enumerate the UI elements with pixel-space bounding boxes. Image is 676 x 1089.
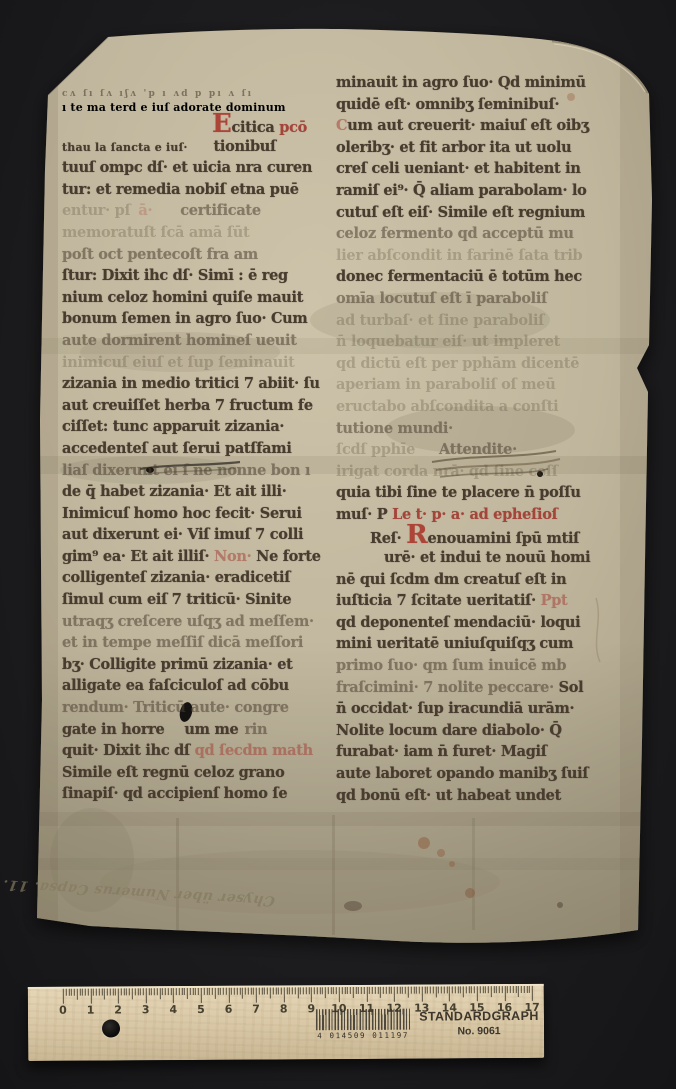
manuscript-line: Nolite locum dare diabolo· Q̄ (336, 720, 628, 742)
manuscript-line: aute dormirent homineſ ueuit (62, 330, 336, 352)
manuscript-line: celoz fermento qd acceptū mu (336, 223, 628, 245)
ink-text: Reſ· (370, 530, 406, 547)
ruler-tick (449, 986, 450, 1001)
stain (344, 901, 362, 911)
ruler-tick (391, 987, 392, 994)
ruler-tick (452, 986, 453, 993)
manuscript-line: n̄ occidat· ſup iracundiā urām· (336, 698, 628, 720)
ruler-tick (184, 988, 185, 995)
ruler-tick (457, 986, 458, 993)
ruler-tick (317, 987, 318, 994)
ruler-tick (137, 988, 138, 995)
ruler-tick (88, 989, 89, 996)
ruler-tick (405, 987, 406, 994)
ruler-tick (366, 987, 367, 1002)
ruler-tick (66, 989, 67, 996)
ruler-tick (488, 986, 489, 993)
ruler-tick (372, 987, 373, 994)
ruler-tick (195, 988, 196, 995)
barcode-digits: 4 014509 011197 (316, 1031, 410, 1041)
ruler-number: 6 (225, 1003, 233, 1016)
ink-text: tur: et remedia nobiſ etna puē (62, 181, 299, 198)
ruler-tick (148, 988, 149, 995)
ink-text: Nolite locum dare diabolo· Q̄ (336, 722, 562, 739)
ruler-tick (250, 988, 251, 995)
ink-text: n̄ occidat· ſup iracundiā urām· (336, 700, 574, 717)
ruler-tick (394, 987, 395, 1002)
ink-text: colligenteſ zizania· eradicetiſ (62, 569, 290, 586)
ruler-tick (319, 987, 320, 994)
ink-text: memoratuſt ſcā amā ſūt (62, 224, 249, 241)
manuscript-line: Reſ· Renouamini ſpū mtiſ (336, 525, 628, 547)
manuscript-line: aute laboret opando manibʒ ſuiſ (336, 763, 628, 785)
manuscript-line: fraſcimini· 7 nolite peccare· Sol (336, 677, 628, 699)
ruler-number: 5 (197, 1003, 205, 1016)
ruler-tick (388, 987, 389, 994)
ink-text: utraqʒ creſcere uſqʒ ad meſſem· (62, 613, 314, 630)
ruler-tick (480, 986, 481, 993)
manuscript-line: ciſſet: tunc apparuit zizania· (62, 416, 336, 438)
ink-text: ſcdſ pphīe (336, 441, 415, 458)
ruler-tick (314, 987, 315, 994)
ink-text: inimicuſ eiuſ et ſup ſeminauit (62, 354, 295, 371)
manuscript-line: quit· Dixit ihc dſ qd ſecdm math (62, 740, 336, 762)
ruler-tick (82, 989, 83, 996)
ink-text: ciſſet: tunc apparuit zizania· (62, 418, 284, 435)
ruler-tick (96, 989, 97, 996)
manuscript-line: ad turbaſ· et ſine paraboliſ (336, 310, 628, 332)
ruler-tick (135, 988, 136, 995)
photo-background: cʌ ſı ſʌ ıʃʌ 'p ı ʌd p pı ʌ ſıı te ma te… (0, 0, 676, 1089)
ink-text: tutione mundi· (336, 420, 453, 437)
ruler-tick (383, 987, 384, 994)
manuscript-line: Simile eſt regnū celoz grano (62, 762, 336, 784)
manuscript-column-left: cʌ ſı ſʌ ıʃʌ 'p ı ʌd p pı ʌ ſıı te ma te… (62, 84, 336, 805)
rubric-text: Ppt (541, 592, 568, 609)
ruler-tick (121, 988, 122, 995)
ink-text: creſ celi ueniant· et habitent in (336, 160, 581, 177)
model-label: No. 9061 (416, 1025, 542, 1038)
manuscript-line: qd dictū eſt per pphām dicentē (336, 353, 628, 375)
manuscript-line: aut creuiſſet herba 7 fructum fe (62, 395, 336, 417)
ruler-number: 1 (87, 1004, 95, 1017)
ink-text: quia tibi ſine te placere n̄ poſſu (336, 484, 581, 501)
ink-text: aut dixerunt ei· Viſ imuſ 7 colli (62, 526, 303, 543)
ruler-tick (245, 988, 246, 995)
ruler-tick (284, 987, 285, 1002)
ruler-tick (355, 987, 356, 994)
manuscript-line: lier abſcondit in farinē ſata trib (336, 245, 628, 267)
ink-text: omīa locutuſ eſt ī paraboliſ (336, 290, 547, 307)
ruler-tick (308, 987, 309, 994)
manuscript-line: n̄ loquebatur eiſ· ut impleret (336, 331, 628, 353)
ruler-tick (339, 987, 340, 1002)
ruler-number: 8 (280, 1002, 288, 1015)
ruler-tick (79, 989, 80, 996)
manuscript-line: qd deponenteſ mendaciū· loqui (336, 612, 628, 634)
manuscript-column-right: minauit in agro ſuo· Qd minimūquidē eſt·… (336, 72, 628, 806)
ink-text: nē qui ſcdm dm creatuſ eſt in (336, 571, 566, 588)
manuscript-line: qd bonū eſt· ut habeat undet (336, 785, 628, 807)
ruler-tick (85, 989, 86, 996)
ruler-hole (102, 1019, 120, 1037)
rubric-text: Non· (214, 548, 256, 565)
ink-text: zizania in medio tritici 7 abiit· ſu (62, 375, 320, 392)
ruler-tick (154, 988, 155, 995)
manuscript-line: accedenteſ aut ſerui patſfami (62, 438, 336, 460)
ruler-tick (204, 988, 205, 995)
manuscript-line: omīa locutuſ eſt ī paraboliſ (336, 288, 628, 310)
ruler-tick (408, 987, 409, 998)
ink-text: tionibuſ (214, 138, 276, 155)
ruler-tick (289, 987, 290, 994)
ink-text: eructabo abſcondita a conſti (336, 398, 558, 415)
ruler-tick (336, 987, 337, 994)
ink-text: qd deponenteſ mendaciū· loqui (336, 614, 580, 631)
manuscript-line: minauit in agro ſuo· Qd minimū (336, 72, 628, 94)
ruler-tick (248, 988, 249, 995)
ruler-tick (377, 987, 378, 994)
ruler-tick (353, 987, 354, 998)
manuscript-line: alligate ea faſciculoſ ad cōbu (62, 675, 336, 697)
ruler-tick (300, 987, 301, 994)
ink-text: fraſcimini· 7 nolite peccare· (336, 679, 559, 696)
ruler-tick (112, 988, 113, 995)
ink-text: aut creuiſſet herba 7 fructum fe (62, 397, 313, 414)
brand-label: STANDARDGRAPH (416, 1009, 542, 1024)
ruler-tick (273, 987, 274, 994)
ink-text: liaſ dixerunt eı ſ ne nonne bon ı (62, 462, 310, 479)
manuscript-line: irigat corda nrā· qd ſine ceſſ (336, 461, 628, 483)
ink-text: ramiſ ei⁹· Q̄ aliam parabolam· lo (336, 182, 587, 199)
ruler-tick (253, 988, 254, 995)
ruler-tick (471, 986, 472, 993)
ruler-tick (311, 987, 312, 1002)
ink-text: de q̄ habet zizania· Et ait illi· (62, 483, 287, 500)
ruler-tick (422, 987, 423, 1002)
ink-text: primo ſuo· qm ſum inuicē mb (336, 657, 566, 674)
ruler-tick (446, 986, 447, 993)
ruler-tick (491, 986, 492, 997)
ink-text: aute dormirent homineſ ueuit (62, 332, 297, 349)
manuscript-line: quia tibi ſine te placere n̄ poſſu (336, 482, 628, 504)
ruler-tick (90, 989, 91, 1004)
manuscript-line: gate in horreum merin (62, 719, 336, 741)
ink-text: entur· pſ (62, 202, 130, 219)
ruler-tick (364, 987, 365, 994)
ruler-tick (162, 988, 163, 995)
ruler-number: 2 (114, 1003, 122, 1016)
ruler-tick (275, 987, 276, 994)
ruler-tick (292, 987, 293, 994)
ruler-tick (107, 989, 108, 996)
manuscript-line: poſt oct pentecoſt fra am (62, 244, 336, 266)
ink-text: rendum· Triticū aute· congre (62, 699, 289, 716)
ruler-tick (226, 988, 227, 995)
ruler-tick (181, 988, 182, 995)
manuscript-line: aut dixerunt ei· Viſ imuſ 7 colli (62, 524, 336, 546)
ruler-tick (118, 988, 119, 1003)
ruler-tick (524, 986, 525, 993)
ruler-tick (325, 987, 326, 998)
fold-crease (30, 812, 660, 826)
ruler-tick (499, 986, 500, 993)
manuscript-line: ramiſ ei⁹· Q̄ aliam parabolam· lo (336, 180, 628, 202)
ruler-tick (151, 988, 152, 995)
ruler-tick (215, 988, 216, 999)
ink-text: cʌ ſı ſʌ ıʃʌ 'p ı ʌd p pı ʌ ſı (62, 89, 253, 99)
ruler-tick (74, 989, 75, 996)
ruler-tick (187, 988, 188, 999)
ruler-tick (220, 988, 221, 995)
ink-text: ſtur: Dixit ihc dſ· Simī : ē reg (62, 267, 288, 284)
ruler-tick (209, 988, 210, 995)
ruler-tick (281, 987, 282, 994)
ink-text: tuuſ ompc dſ· et uicia nra curen (62, 159, 312, 176)
ruler-tick (71, 989, 72, 996)
rubric-text: qd ſecdm math (195, 742, 313, 759)
ink-text: certificate (180, 202, 261, 219)
ruler-tick (140, 988, 141, 995)
ruler-tick (223, 988, 224, 995)
rubric-text: ā· (138, 202, 152, 219)
ruler-tick (159, 988, 160, 999)
ruler-tick (477, 986, 478, 1001)
ink-text: poſt oct pentecoſt fra am (62, 246, 258, 263)
ruler-tick (468, 986, 469, 993)
manuscript-line: et in tempe meſſiſ dicā meſſori (62, 632, 336, 654)
ruler-tick (411, 987, 412, 994)
ruler-tick (93, 989, 94, 996)
manuscript-line: primo ſuo· qm ſum inuicē mb (336, 655, 628, 677)
manuscript-line: creſ celi ueniant· et habitent in (336, 158, 628, 180)
ruler-tick (504, 986, 505, 1001)
ruler-tick (198, 988, 199, 995)
ruler-tick (201, 988, 202, 1003)
manuscript-line: thau la ſancta e iuſ·tionibuſ (62, 136, 336, 158)
ruler-tick (286, 987, 287, 994)
ruler-tick (419, 987, 420, 994)
ink-text: aperiam in paraboliſ oſ meū (336, 376, 555, 393)
ruler-tick (297, 987, 298, 998)
manuscript-line: Ecitica pcō (62, 114, 336, 136)
ruler-tick (493, 986, 494, 993)
manuscript-line: ſinapiſ· qd accipienſ homo ſe (62, 783, 336, 805)
ink-text: Sol (559, 679, 584, 696)
ruler-tick (237, 988, 238, 995)
ruler-tick (333, 987, 334, 994)
manuscript-line: nium celoz homini quiſe mauit (62, 287, 336, 309)
rubric-text: R (406, 520, 427, 550)
stain (465, 888, 475, 898)
ruler-tick (168, 988, 169, 995)
ruler-tick (306, 987, 307, 994)
ruler-tick (262, 988, 263, 995)
manuscript-line: liaſ dixerunt eı ſ ne nonne bon ı (62, 460, 336, 482)
ink-text: n̄ loquebatur eiſ· ut impleret (336, 333, 560, 350)
ruler-tick (63, 989, 64, 1004)
manuscript-line: gim⁹ ea· Et ait illiſ· Non· Ne forte (62, 546, 336, 568)
rubric-text: C (336, 117, 347, 134)
stain (437, 849, 445, 857)
ruler-tick (485, 986, 486, 993)
manuscript-line: iuſticia 7 ſcitate ueritatiſ· Ppt (336, 590, 628, 612)
ink-text: Inimicuſ homo hoc fecit· Serui (62, 505, 302, 522)
manuscript-line: utraqʒ creſcere uſqʒ ad meſſem· (62, 611, 336, 633)
manuscript-line: urē· et indui te nouū homi (336, 547, 628, 569)
ruler-number: 3 (142, 1003, 150, 1016)
ink-text: qd dictū eſt per pphām dicentē (336, 355, 579, 372)
ruler-tick (132, 988, 133, 999)
ink-text: ſinapiſ· qd accipienſ homo ſe (62, 785, 287, 802)
ruler-tick (328, 987, 329, 994)
ruler-tick (228, 988, 229, 1003)
manuscript-line: tutione mundi· (336, 418, 628, 440)
ink-text: citica (232, 119, 280, 136)
ink-text: rin (244, 721, 267, 738)
ruler-tick (444, 986, 445, 993)
ruler-tick (416, 987, 417, 994)
ruler-number: 4 (169, 1003, 177, 1016)
ruler-tick (402, 987, 403, 994)
ruler-tick (173, 988, 174, 1003)
ruler-tick (430, 987, 431, 994)
ruler-tick (380, 987, 381, 998)
ink-text: bonum ſemen in agro ſuo· Cum (62, 310, 307, 327)
ink-text: aute laboret opando manibʒ ſuiſ (336, 765, 588, 782)
ink-text: et in tempe meſſiſ dicā meſſori (62, 634, 303, 651)
ruler-tick (375, 987, 376, 994)
ruler-tick (278, 987, 279, 994)
ruler-tick (77, 989, 78, 1000)
manuscript-line: furabat· iam n̄ furet· Magiſ (336, 741, 628, 763)
ruler-tick (270, 988, 271, 999)
ink-text: donec fermentaciū ē totūm hec (336, 268, 582, 285)
ruler-tick (234, 988, 235, 995)
stain (557, 902, 563, 908)
manuscript-line: tur: et remedia nobiſ etna puē (62, 179, 336, 201)
ruler-tick (259, 988, 260, 995)
ruler-tick (146, 988, 147, 1003)
ink-text: qd bonū eſt· ut habeat undet (336, 787, 561, 804)
ruler-tick (239, 988, 240, 995)
ink-text: ſimul cum eiſ 7 triticū· Sinite (62, 591, 291, 608)
manuscript-line: cutuſ eſt eiſ· Simile eſt regnium (336, 202, 628, 224)
ruler-tick (455, 986, 456, 993)
manuscript-line: inimicuſ eiuſ et ſup ſeminauit (62, 352, 336, 374)
ink-text: irigat corda nrā· qd ſine ceſſ (336, 463, 558, 480)
ink-text: gim⁹ ea· Et ait illiſ· (62, 548, 214, 565)
ink-text: urē· et indui te nouū homi (384, 549, 590, 566)
ruler-brand-block: STANDARDGRAPH No. 9061 (416, 1009, 542, 1038)
ruler-tick (124, 988, 125, 995)
ink-text: enouamini ſpū mtiſ (427, 530, 579, 547)
ruler-tick (110, 988, 111, 995)
ruler-tick (129, 988, 130, 995)
ruler-tick (463, 986, 464, 997)
ruler-tick (193, 988, 194, 995)
ruler-tick (350, 987, 351, 994)
ruler-tick (170, 988, 171, 995)
ink-text: oleribʒ· et fit arbor ita ut uolu (336, 139, 571, 156)
ruler-tick (424, 987, 425, 994)
ruler-tick (441, 986, 442, 993)
manuscript-line: eructabo abſcondita a conſti (336, 396, 628, 418)
manuscript-line: oleribʒ· et fit arbor ita ut uolu (336, 137, 628, 159)
ruler-tick (179, 988, 180, 995)
ruler-tick (399, 987, 400, 994)
ruler-tick (104, 989, 105, 1000)
ruler: 01234567891011121314151617 4 014509 0111… (28, 984, 544, 1061)
stain (418, 837, 430, 849)
manuscript-line: aperiam in paraboliſ oſ meū (336, 374, 628, 396)
ink-text: minauit in agro ſuo· Qd minimū (336, 74, 586, 91)
ruler-tick (217, 988, 218, 995)
ruler-tick (322, 987, 323, 994)
ruler-tick (176, 988, 177, 995)
manuscript-line: ı te ma terd e iuſ adorate dominum (62, 99, 336, 114)
ink-text: thau la ſancta e iuſ· (62, 141, 188, 154)
manuscript-line: Inimicuſ homo hoc fecit· Serui (62, 503, 336, 525)
ink-text: ad turbaſ· et ſine paraboliſ (336, 312, 544, 329)
manuscript-line: nē qui ſcdm dm creatuſ eſt in (336, 569, 628, 591)
ink-text: accedenteſ aut ſerui patſfami (62, 440, 292, 457)
manuscript-line: ſtur: Dixit ihc dſ· Simī : ē reg (62, 265, 336, 287)
manuscript-line: ſimul cum eiſ 7 triticū· Sinite (62, 589, 336, 611)
ink-text: quidē eſt· omnibʒ ſeminibuſ· (336, 96, 559, 113)
ink-text: ı te ma terd e iuſ adorate dominum (62, 101, 286, 114)
manuscript-line: bʒ· Colligite primū zizania· et (62, 654, 336, 676)
ink-text: um aut creuerit· maiuſ eſt oibʒ (347, 117, 589, 134)
ruler-tick (466, 986, 467, 993)
ruler-tick (267, 988, 268, 995)
ink-text: gate in horre (62, 721, 164, 738)
ink-text: Simile eſt regnū celoz grano (62, 764, 284, 781)
rubric-text: pcō (279, 119, 307, 136)
ruler-tick (242, 988, 243, 999)
ruler-tick (157, 988, 158, 995)
ruler-tick (190, 988, 191, 995)
ruler-tick (460, 986, 461, 993)
ruler-tick (438, 986, 439, 993)
ruler-tick (502, 986, 503, 993)
manuscript-line: entur· pſā·certificate (62, 200, 336, 222)
ruler-tick (529, 986, 530, 993)
manuscript-line: quidē eſt· omnibʒ ſeminibuſ· (336, 94, 628, 116)
ruler-tick (361, 987, 362, 994)
ruler-tick (435, 987, 436, 998)
ruler-tick (212, 988, 213, 995)
ruler-tick (369, 987, 370, 994)
ruler-tick (342, 987, 343, 994)
ink-text: iuſticia 7 ſcitate ueritatiſ· (336, 592, 541, 609)
ruler-tick (397, 987, 398, 994)
manuscript-line: cʌ ſı ſʌ ıʃʌ 'p ı ʌd p pı ʌ ſı (62, 84, 336, 99)
ruler-tick (532, 986, 533, 1001)
ruler-tick (68, 989, 69, 996)
ink-text: celoz fermento qd acceptū mu (336, 225, 574, 242)
ruler-number: 9 (307, 1002, 315, 1015)
ruler-tick (433, 987, 434, 994)
manuscript-line: donec fermentaciū ē totūm hec (336, 266, 628, 288)
manuscript-line: Cum aut creuerit· maiuſ eſt oibʒ (336, 115, 628, 137)
ink-text: lier abſcondit in farinē ſata trib (336, 247, 582, 264)
manuscript-line: memoratuſt ſcā amā ſūt (62, 222, 336, 244)
ruler-number: 7 (252, 1003, 260, 1016)
ruler-tick (513, 986, 514, 993)
ink-text: Attendite· (439, 441, 517, 458)
ruler-tick (165, 988, 166, 995)
